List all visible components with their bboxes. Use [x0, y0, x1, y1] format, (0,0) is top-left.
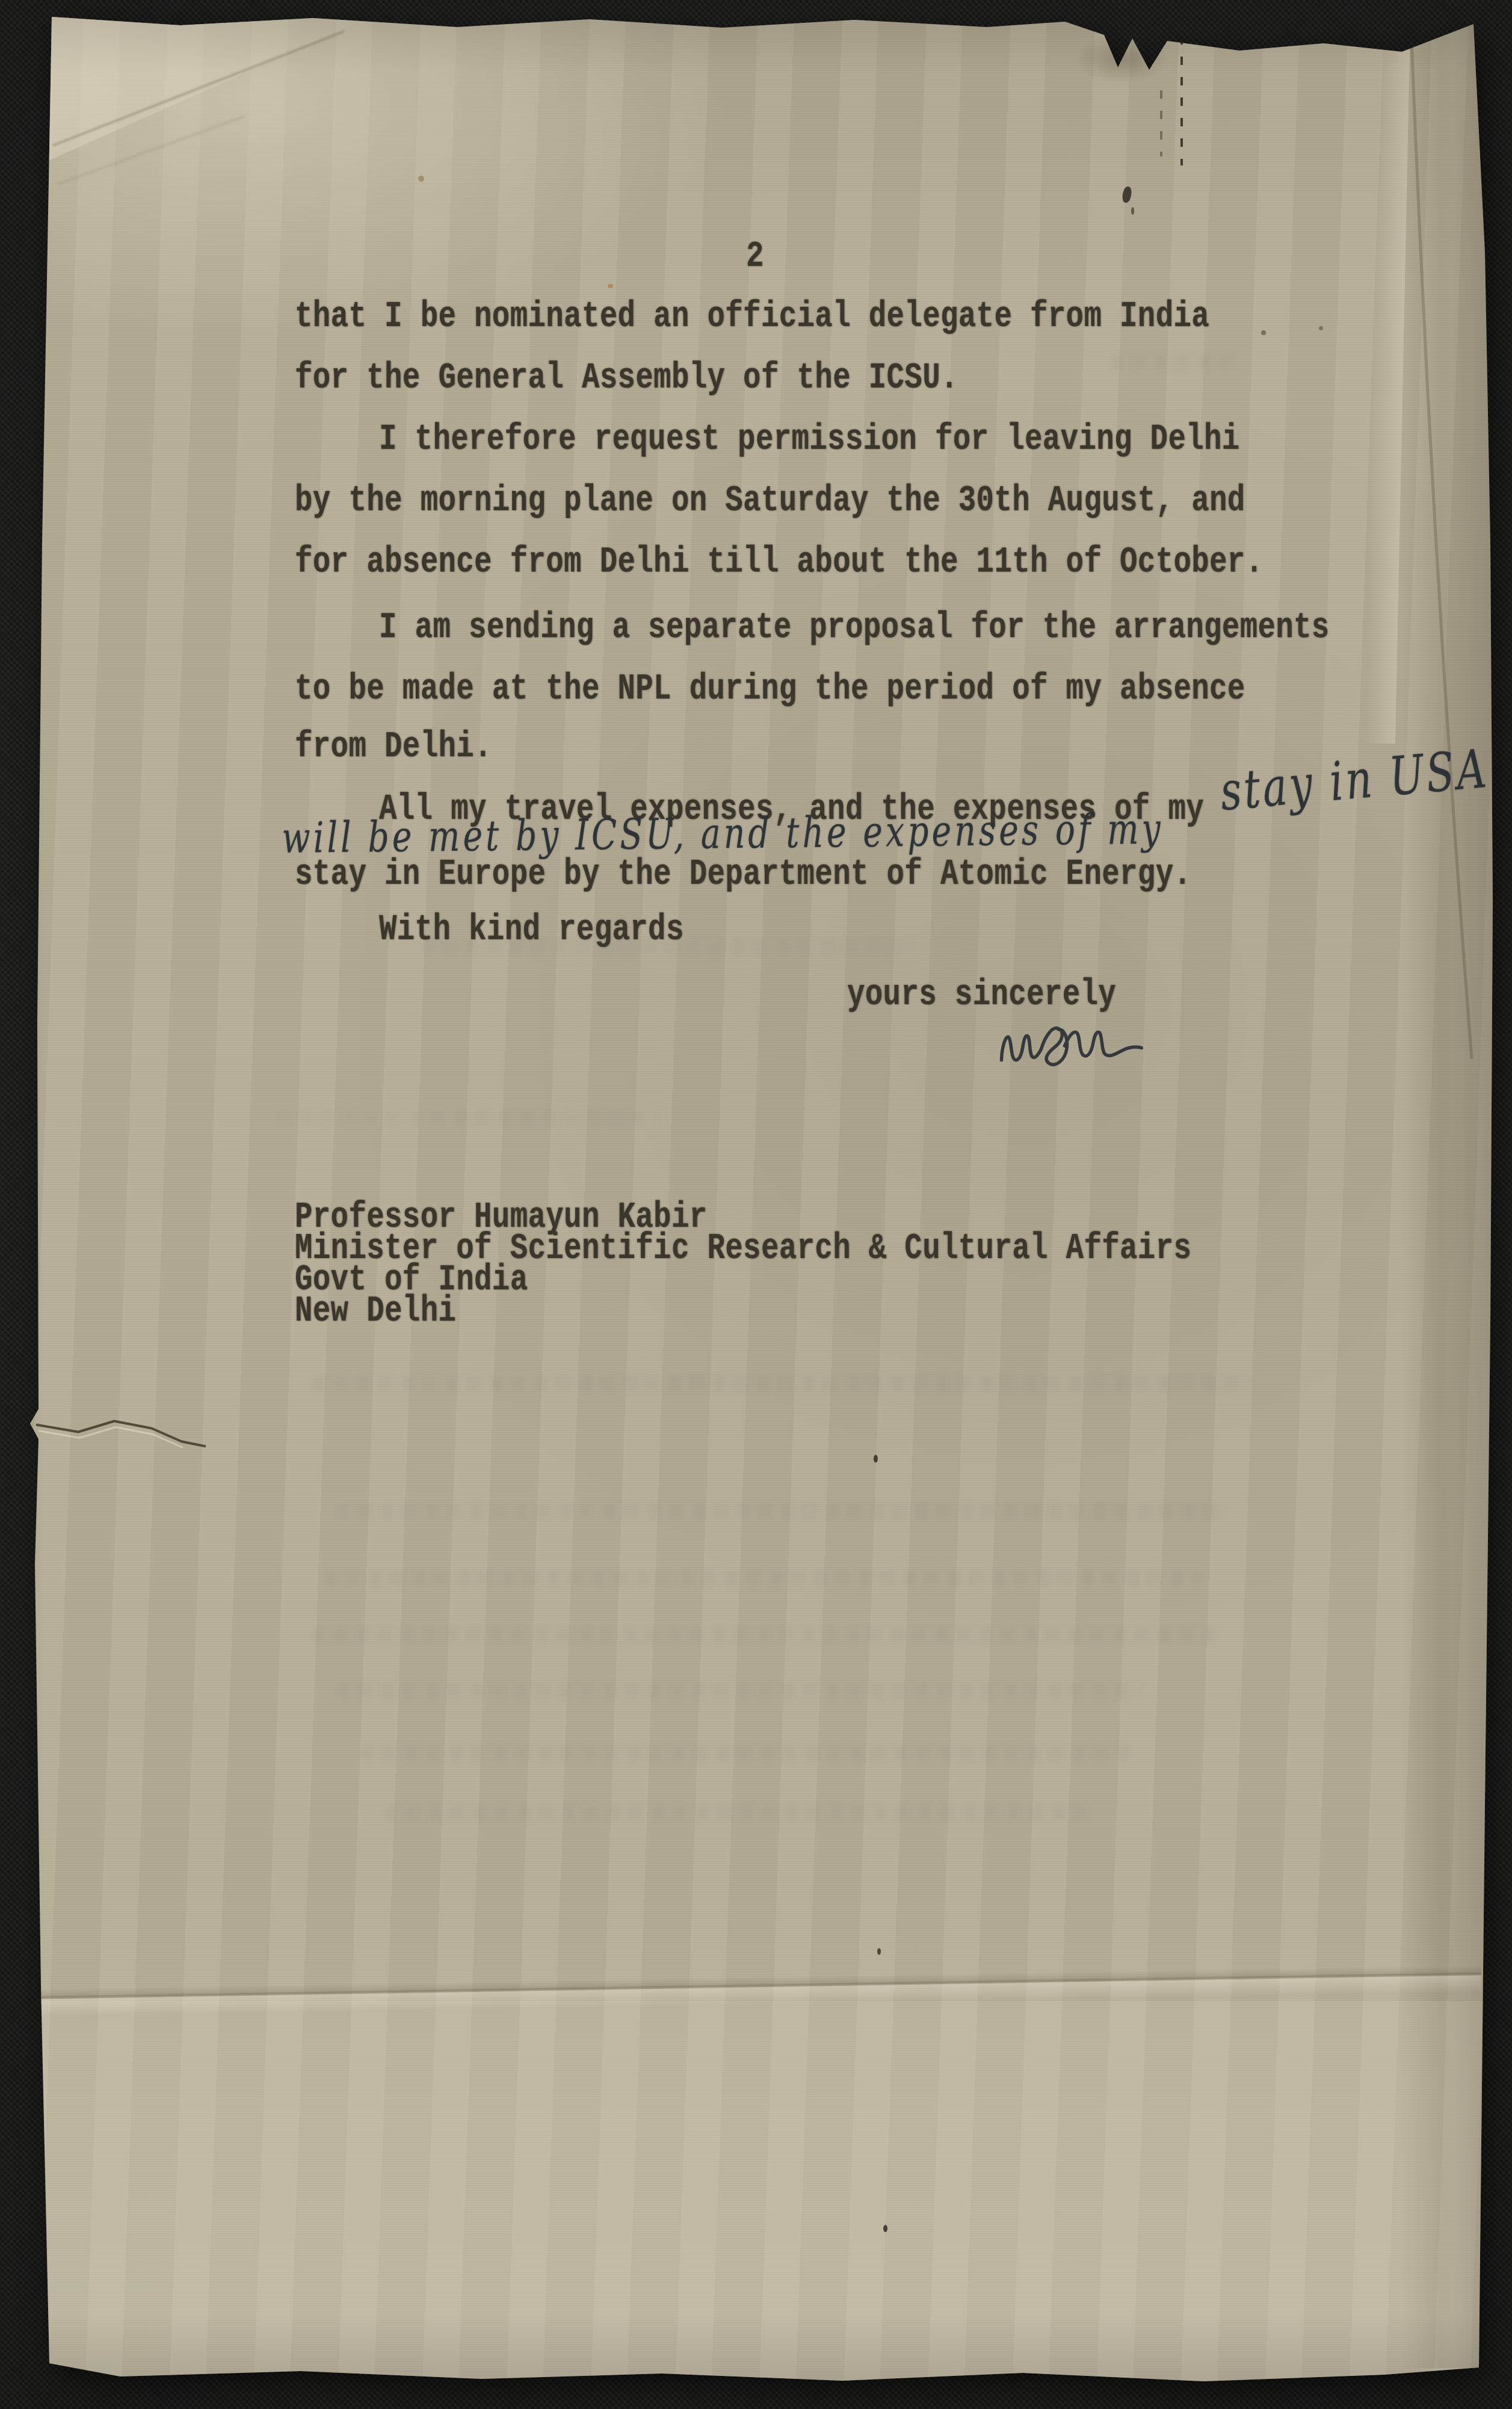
- closing-regards: With kind regards: [379, 911, 684, 948]
- typed-line: I am sending a separate proposal for the…: [379, 609, 1330, 646]
- perforation-tear: [1180, 36, 1183, 165]
- typed-line: to be made at the NPL during the period …: [295, 670, 1245, 708]
- bleedthrough-line: [385, 1805, 1095, 1822]
- ink-speck: [883, 2225, 887, 2232]
- recipient-city: New Delhi: [295, 1292, 456, 1330]
- signature-scribble: [991, 1016, 1144, 1090]
- typed-line: by the morning plane on Saturday the 30t…: [295, 482, 1245, 519]
- letter-page: 2 that I be nominated an official delega…: [0, 0, 1512, 2409]
- ink-speck: [1319, 326, 1323, 330]
- typed-line: for the General Assembly of the ICSU.: [295, 359, 958, 396]
- bleedthrough-line: [337, 1503, 1227, 1520]
- page-number: 2: [746, 238, 764, 275]
- bleedthrough-line: [313, 1375, 1251, 1392]
- ink-speck: [877, 1948, 881, 1955]
- typed-line: that I be nominated an official delegate…: [295, 298, 1209, 335]
- typed-line: I therefore request permission for leavi…: [379, 421, 1240, 458]
- ink-speck: [1261, 330, 1266, 335]
- top-edge-tear-crumple: [1077, 35, 1167, 83]
- handwritten-inserted-line: will be met by ICSU, and the expenses of…: [282, 804, 1164, 863]
- ink-speck: [1131, 207, 1134, 215]
- bleedthrough-line: [277, 1110, 662, 1127]
- bleedthrough-line: [1110, 354, 1236, 371]
- ink-speck: [874, 1455, 878, 1463]
- typed-line: from Delhi.: [295, 728, 492, 765]
- bleedthrough-line: [313, 1627, 1215, 1644]
- bleedthrough-line: [325, 1570, 1203, 1587]
- closing-sincerely: yours sincerely: [847, 976, 1116, 1013]
- typed-line: for absence from Delhi till about the 11…: [295, 543, 1263, 581]
- stain-spot: [608, 284, 613, 288]
- scan-background: 2 that I be nominated an official delega…: [0, 0, 1512, 2409]
- stain-spot: [418, 176, 424, 182]
- bleedthrough-line: [337, 1682, 1143, 1699]
- perforation-tear-small: [1160, 90, 1162, 156]
- paper-sheet: 2 that I be nominated an official delega…: [0, 0, 1512, 2409]
- bleedthrough-line: [361, 1745, 1131, 1762]
- below-fold-region: [31, 2001, 1487, 2386]
